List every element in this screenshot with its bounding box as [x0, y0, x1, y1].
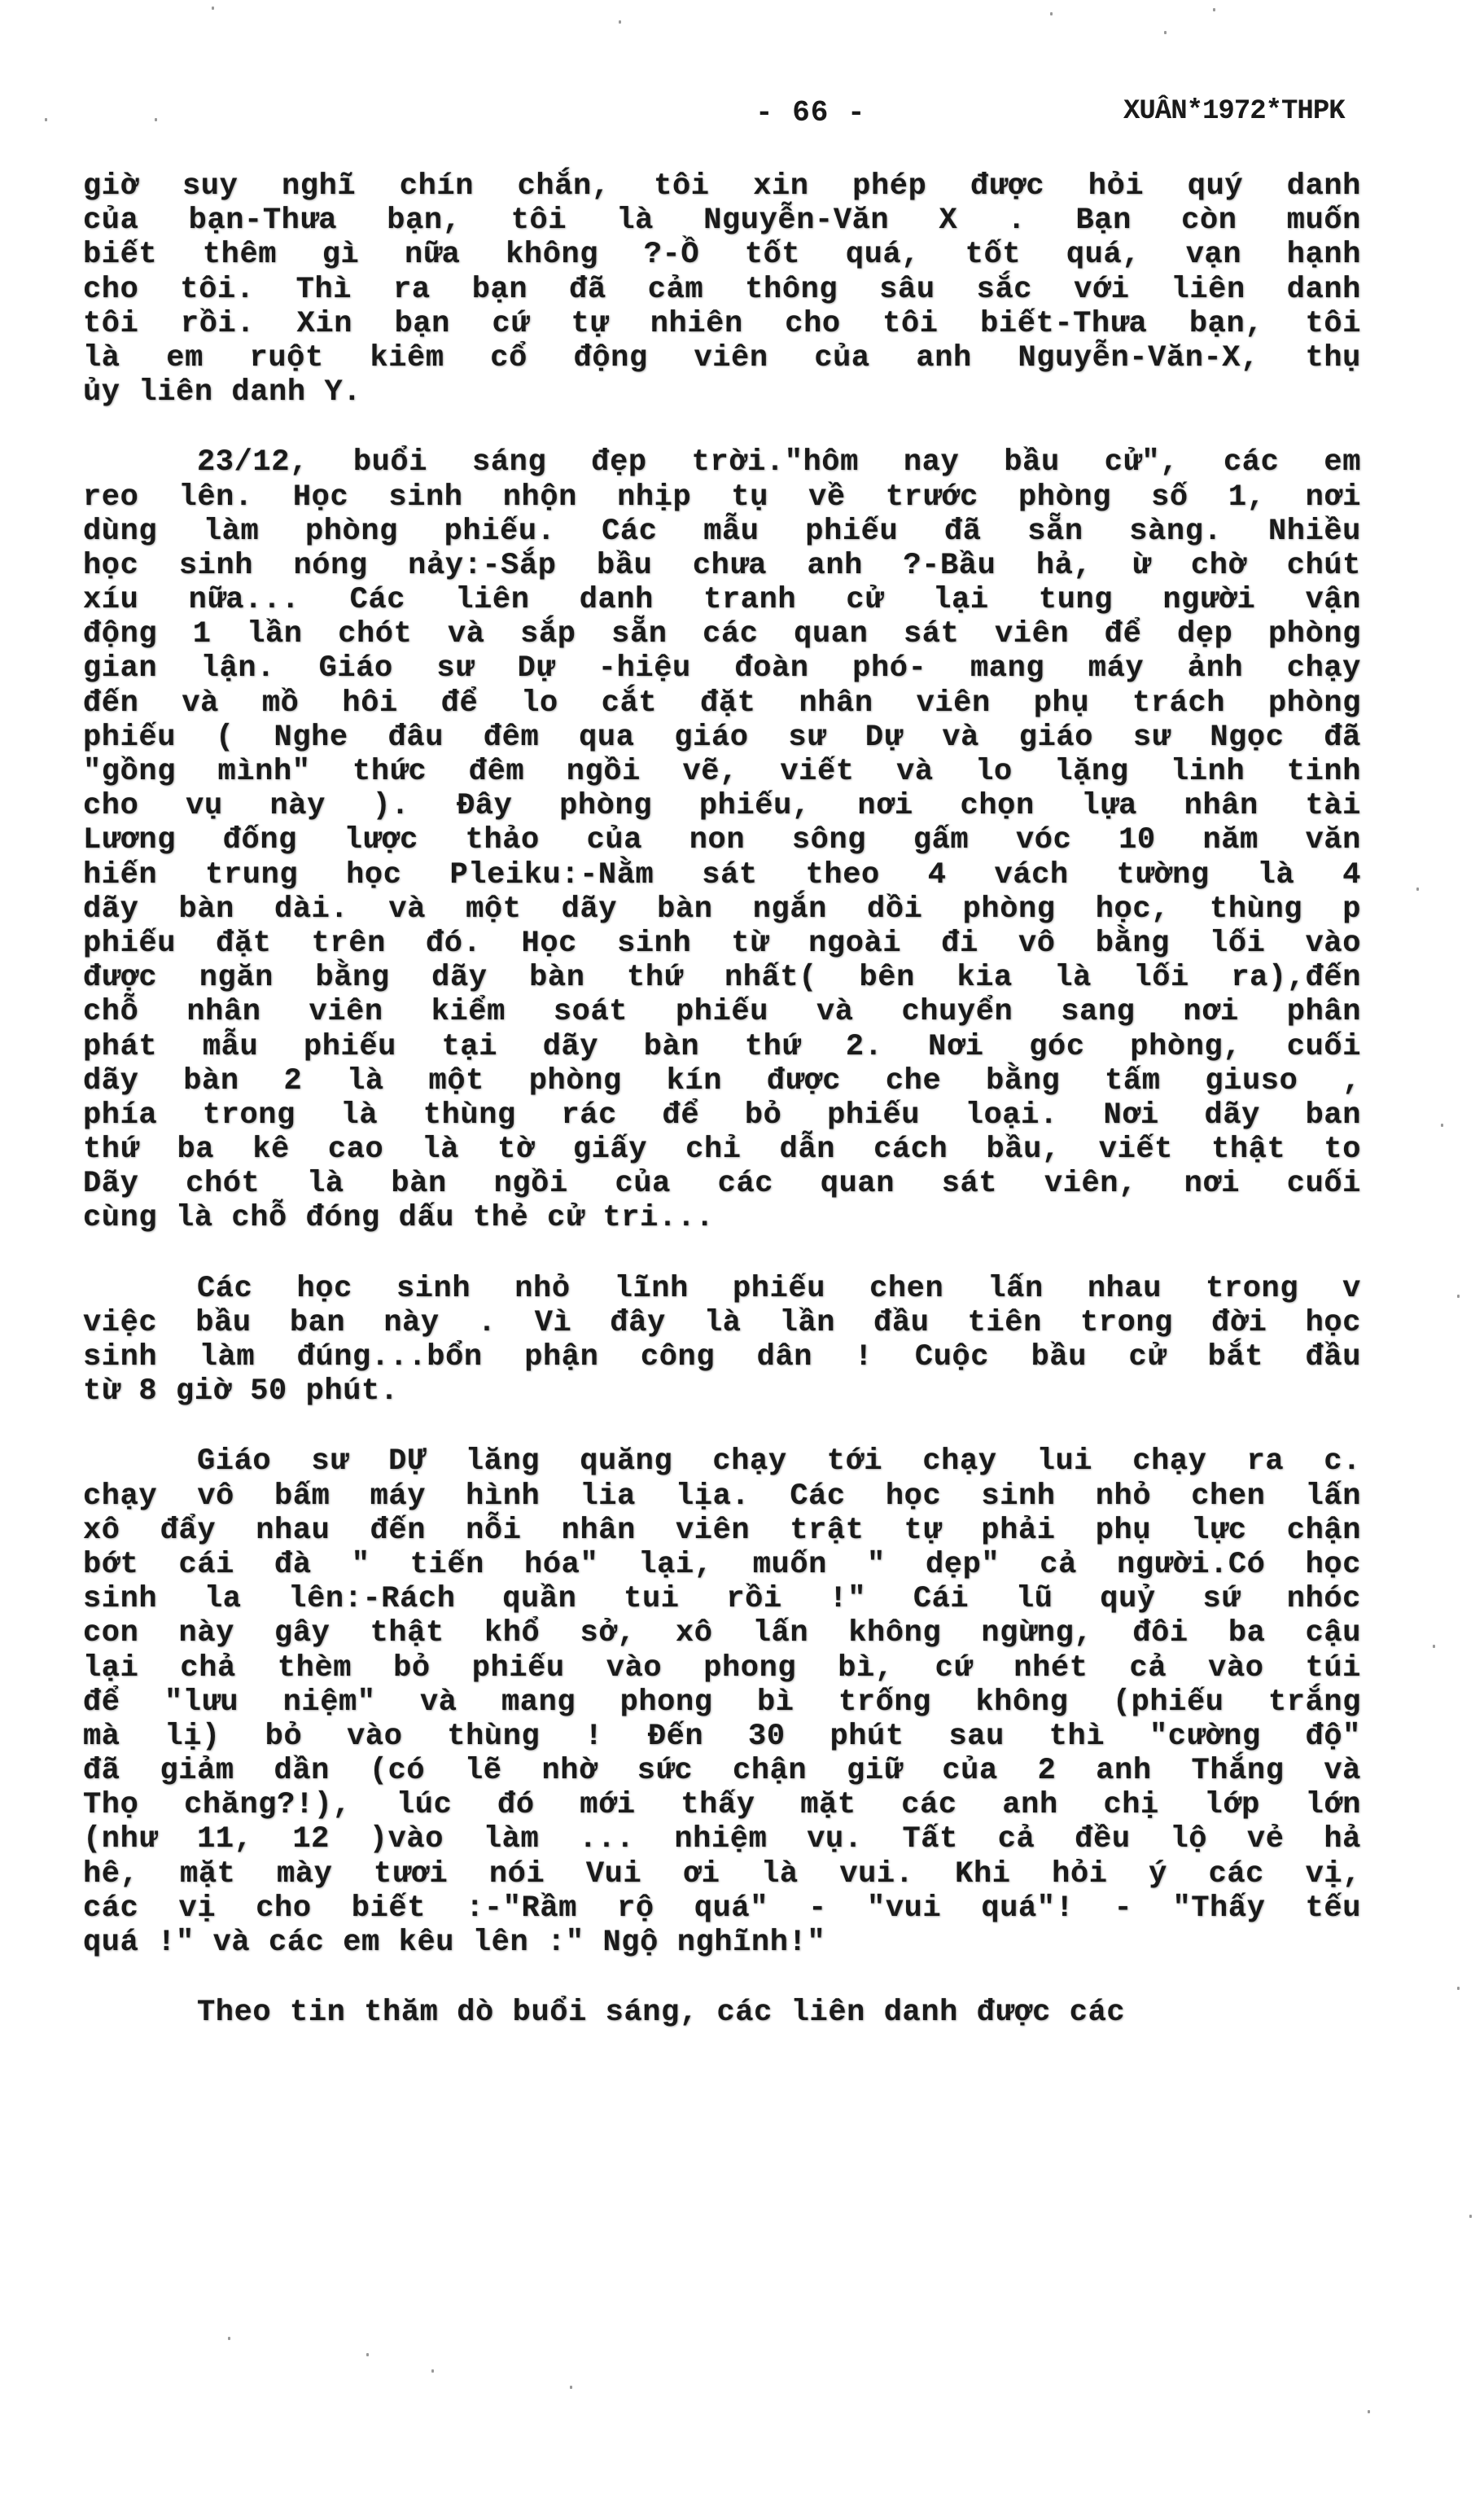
- body-text: giờ suy nghĩ chín chắn, tôi xin phép đượ…: [83, 169, 1361, 2030]
- scan-speck: [212, 7, 214, 10]
- text-line: Dãy chót là bàn ngồi của các quan sát vi…: [83, 1167, 1361, 1201]
- paragraph-gap: [83, 1236, 1361, 1272]
- text-line: cho tôi. Thì ra bạn đã cảm thông sâu sắc…: [83, 273, 1361, 307]
- text-line: xô đẩy nhau đến nỗi nhân viên trật tự ph…: [83, 1514, 1361, 1548]
- scan-speck: [619, 20, 621, 24]
- scan-speck: [228, 2337, 230, 2340]
- scan-speck: [1164, 31, 1167, 34]
- text-line: chỗ nhân viên kiểm soát phiếu và chuyển …: [83, 995, 1361, 1029]
- text-line: cho vụ này ). Đây phòng phiếu, nơi chọn …: [83, 789, 1361, 823]
- text-line: học sinh nóng nảy:-Sắp bầu chưa anh ?-Bầ…: [83, 549, 1361, 583]
- scan-speck: [155, 118, 157, 121]
- text-line: Các học sinh nhỏ lĩnh phiếu chen lấn nha…: [83, 1272, 1361, 1306]
- text-line: phía trong là thùng rác để bỏ phiếu loại…: [83, 1098, 1361, 1133]
- scan-speck: [1457, 1295, 1460, 1298]
- scan-speck: [1469, 2215, 1472, 2218]
- text-line: Theo tin thăm dò buổi sáng, các liên dan…: [83, 1996, 1361, 2030]
- scan-speck: [1433, 1645, 1435, 1648]
- text-line: Lương đống lược thảo của non sông gấm vó…: [83, 823, 1361, 857]
- paragraph: 23/12, buổi sáng đẹp trời."hôm nay bầu c…: [83, 445, 1361, 1235]
- scan-speck: [431, 2369, 434, 2373]
- text-line: xíu nữa... Các liên danh tranh cử lại tu…: [83, 583, 1361, 617]
- paragraph-gap: [83, 410, 1361, 445]
- text-line: sinh la lên:-Rách quần tui rồi !" Cái lũ…: [83, 1582, 1361, 1616]
- text-line: dùng làm phòng phiếu. Các mẫu phiếu đã s…: [83, 515, 1361, 549]
- scan-speck: [45, 118, 47, 121]
- text-line: đến và mồ hôi để lo cắt đặt nhân viên ph…: [83, 686, 1361, 721]
- text-line: lại chả thèm bỏ phiếu vào phong bì, cứ n…: [83, 1651, 1361, 1685]
- text-line: của bạn-Thưa bạn, tôi là Nguyễn-Văn X . …: [83, 204, 1361, 238]
- text-line: cùng là chỗ đóng dấu thẻ cử tri...: [83, 1201, 1361, 1235]
- text-line: reo lên. Học sinh nhộn nhịp tụ về trước …: [83, 480, 1361, 515]
- text-line: mà lị) bỏ vào thùng ! Đến 30 phút sau th…: [83, 1720, 1361, 1754]
- text-line: được ngăn bằng dãy bàn thứ nhất( bên kia…: [83, 961, 1361, 995]
- text-line: thứ ba kê cao là tờ giấy chỉ dẫn cách bầ…: [83, 1133, 1361, 1167]
- text-line: đã giảm dần (có lẽ nhờ sức chận giữ của …: [83, 1754, 1361, 1788]
- text-line: tôi rồi. Xin bạn cứ tự nhiên cho tôi biế…: [83, 307, 1361, 341]
- text-line: con này gây thật khổ sở, xô lấn không ng…: [83, 1616, 1361, 1650]
- paragraph-gap: [83, 1409, 1361, 1444]
- scan-speck: [1441, 1124, 1443, 1127]
- text-line: các vị cho biết :-"Rầm rộ quá" - "vui qu…: [83, 1891, 1361, 1926]
- scan-speck: [366, 2353, 369, 2356]
- scan-speck: [1213, 8, 1215, 11]
- paragraph: Giáo sư DỰ lăng quăng chạy tới chạy lui …: [83, 1444, 1361, 1960]
- text-line: việc bầu ban này . Vì đây là lần đầu tiê…: [83, 1306, 1361, 1340]
- paragraph: giờ suy nghĩ chín chắn, tôi xin phép đượ…: [83, 169, 1361, 410]
- text-line: dãy bàn dài. và một dãy bàn ngắn dồi phò…: [83, 892, 1361, 927]
- text-line: sinh làm đúng...bổn phận công dân ! Cuộc…: [83, 1340, 1361, 1374]
- text-line: là em ruột kiêm cổ động viên của anh Ngu…: [83, 341, 1361, 375]
- text-line: quá !" và các em kêu lên :" Ngộ nghĩnh!": [83, 1926, 1361, 1960]
- text-line: ủy liên danh Y.: [83, 375, 1361, 410]
- text-line: hiến trung học Pleiku:-Nằm sát theo 4 vá…: [83, 858, 1361, 892]
- text-line: gian lận. Giáo sư Dự -hiệu đoàn phó- man…: [83, 651, 1361, 686]
- paragraph: Theo tin thăm dò buổi sáng, các liên dan…: [83, 1996, 1361, 2030]
- text-line: Giáo sư DỰ lăng quăng chạy tới chạy lui …: [83, 1444, 1361, 1479]
- text-line: phiếu đặt trên đó. Học sinh từ ngoài đi …: [83, 927, 1361, 961]
- scan-speck: [1416, 887, 1419, 891]
- paragraph: Các học sinh nhỏ lĩnh phiếu chen lấn nha…: [83, 1272, 1361, 1409]
- text-line: "gồng mình" thức đêm ngồi vẽ, viết và lo…: [83, 755, 1361, 789]
- text-line: hê, mặt mày tươi nói Vui ơi là vui. Khi …: [83, 1857, 1361, 1891]
- text-line: chạy vô bấm máy hình lia lịa. Các học si…: [83, 1479, 1361, 1514]
- scan-speck: [1457, 1987, 1460, 1990]
- scan-speck: [570, 2386, 572, 2389]
- paragraph-gap: [83, 1960, 1361, 1996]
- text-line: từ 8 giờ 50 phút.: [83, 1374, 1361, 1409]
- text-line: dãy bàn 2 là một phòng kín được che bằng…: [83, 1064, 1361, 1098]
- text-line: phiếu ( Nghe đâu đêm qua giáo sư Dự và g…: [83, 721, 1361, 755]
- text-line: để "lưu niệm" và mang phong bì trống khô…: [83, 1685, 1361, 1720]
- scan-speck: [1050, 12, 1053, 15]
- text-line: giờ suy nghĩ chín chắn, tôi xin phép đượ…: [83, 169, 1361, 204]
- text-line: biết thêm gì nữa không ?-Ồ tốt quá, tốt …: [83, 238, 1361, 272]
- document-page: - 66 - XUÂN*1972*THPK giờ suy nghĩ chín …: [0, 0, 1484, 2520]
- page-number: - 66 -: [755, 96, 866, 129]
- page-header: - 66 - XUÂN*1972*THPK: [0, 96, 1484, 137]
- text-line: (như 11, 12 )vào làm ... nhiệm vụ. Tất c…: [83, 1822, 1361, 1856]
- text-line: động 1 lần chót và sắp sẵn các quan sát …: [83, 617, 1361, 651]
- text-line: bớt cái đà " tiến hóa" lại, muốn " dẹp" …: [83, 1548, 1361, 1582]
- text-line: phát mẫu phiếu tại dãy bàn thứ 2. Nơi gó…: [83, 1030, 1361, 1064]
- scan-speck: [1368, 2410, 1370, 2413]
- running-title: XUÂN*1972*THPK: [1123, 96, 1345, 127]
- text-line: 23/12, buổi sáng đẹp trời."hôm nay bầu c…: [83, 445, 1361, 480]
- text-line: Thọ chăng?!), lúc đó mới thấy mặt các an…: [83, 1788, 1361, 1822]
